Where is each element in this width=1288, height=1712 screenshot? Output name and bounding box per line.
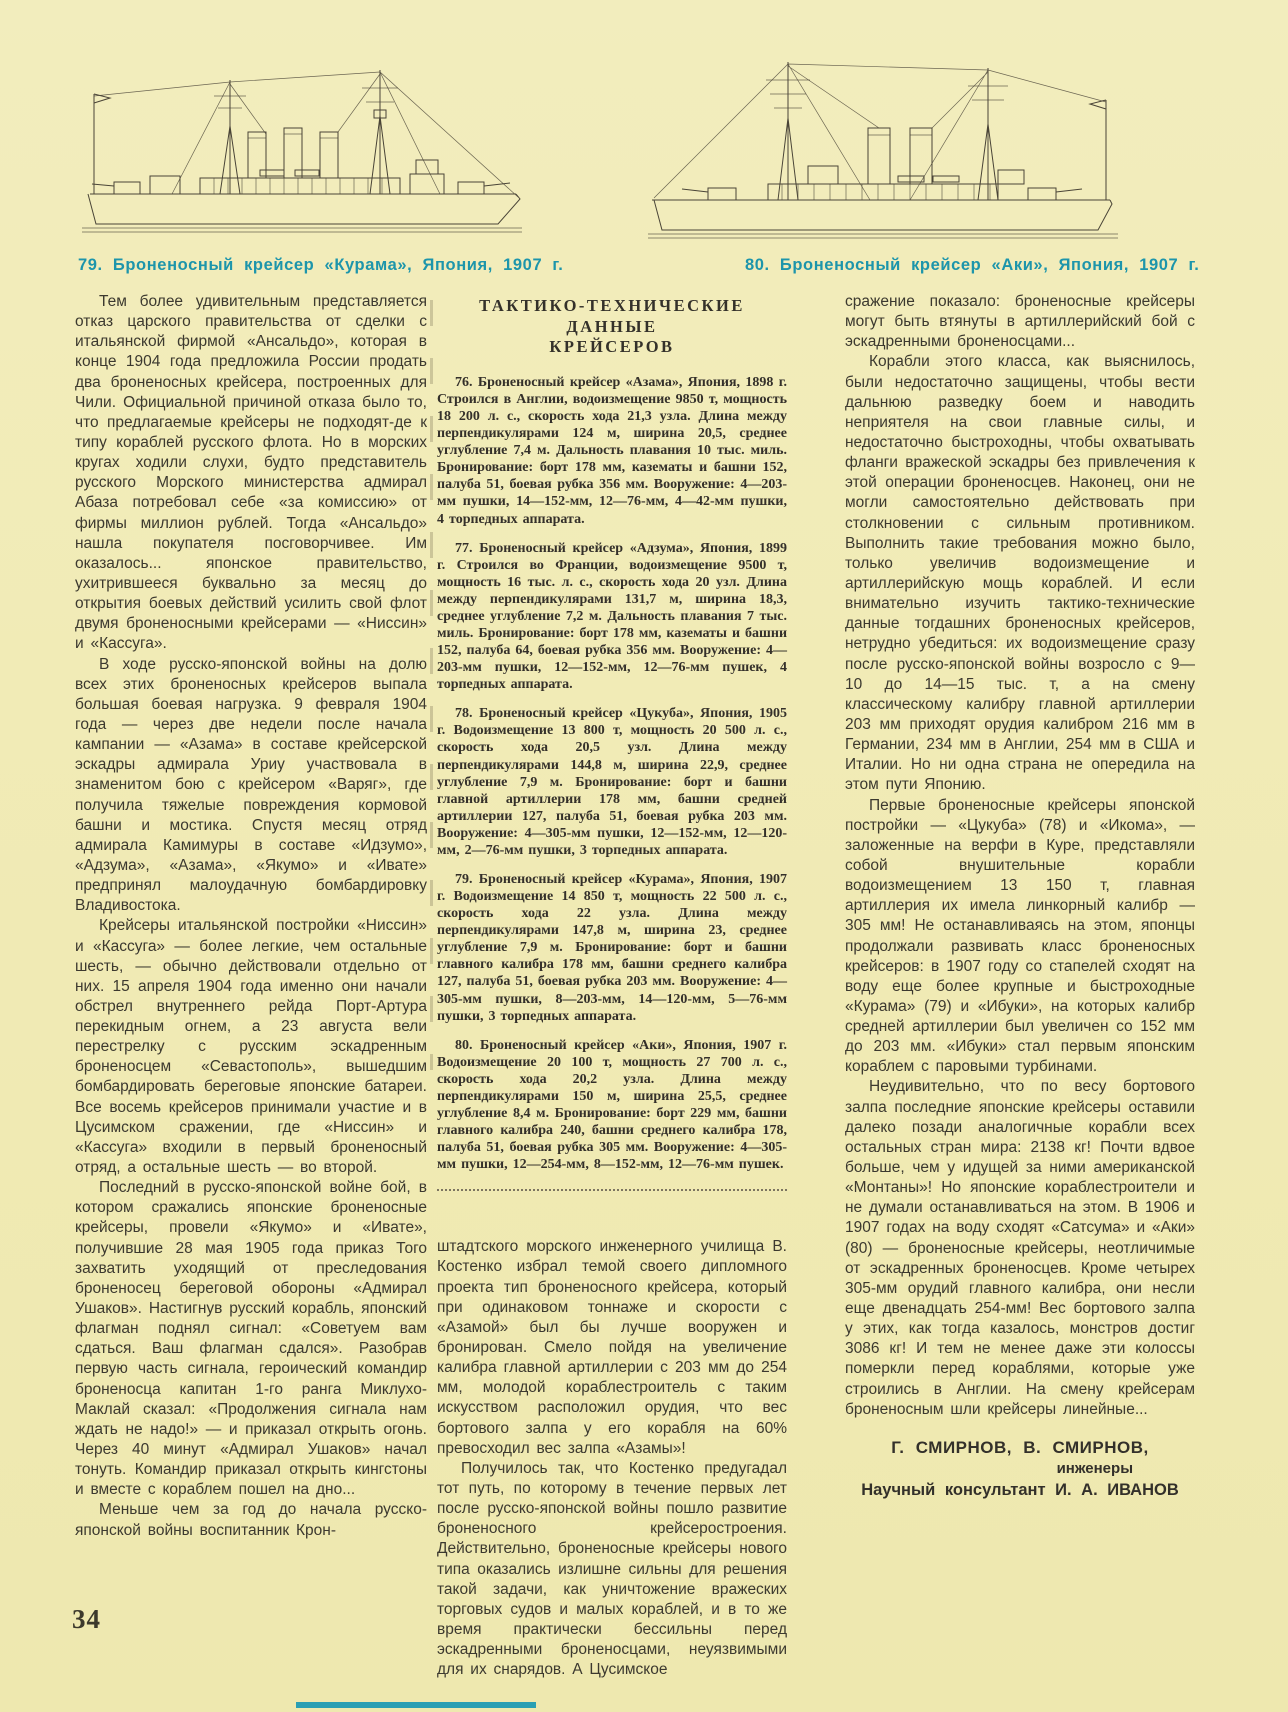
right-column: сражение показало: броненосные крейсеры …: [845, 292, 1195, 1500]
consultant-line: Научный консультант И. А. ИВАНОВ: [845, 1481, 1195, 1500]
figure-kurama: [80, 36, 526, 244]
body-paragraph: Получилось так, что Костенко предугадал …: [437, 1459, 787, 1681]
body-paragraph: Корабли этого класса, как выяснилось, бы…: [845, 352, 1195, 795]
middle-column: ТАКТИКО-ТЕХНИЧЕСКИЕ ДАННЫЕ КРЕЙСЕРОВ 76.…: [437, 296, 787, 1680]
figure-caption-80: 80. Броненосный крейсер «Аки», Япония, 1…: [745, 256, 1200, 275]
page-bottom-rule-fragment: [296, 1702, 536, 1708]
page-number: 34: [72, 1604, 101, 1635]
specs-header-line1: ТАКТИКО-ТЕХНИЧЕСКИЕ ДАННЫЕ: [479, 296, 745, 336]
author-names: Г. СМИРНОВ, В. СМИРНОВ,: [845, 1438, 1195, 1458]
spec-entry: 80. Броненосный крейсер «Аки», Япония, 1…: [437, 1037, 787, 1174]
specs-list: 76. Броненосный крейсер «Азама», Япония,…: [437, 374, 787, 1173]
middle-continuation: штадтского морского инженерного училища …: [437, 1237, 787, 1680]
body-paragraph: Неудивительно, что по весу бортового зал…: [845, 1077, 1195, 1419]
spec-entry: 76. Броненосный крейсер «Азама», Япония,…: [437, 374, 787, 528]
specs-header: ТАКТИКО-ТЕХНИЧЕСКИЕ ДАННЫЕ КРЕЙСЕРОВ: [437, 296, 787, 358]
figure-aki: [648, 40, 1122, 242]
body-paragraph: Первые броненосные крейсеры японской пос…: [845, 796, 1195, 1078]
body-paragraph: В ходе русско-японской войны на долю все…: [75, 655, 427, 917]
body-paragraph: сражение показало: броненосные крейсеры …: [845, 292, 1195, 352]
spec-entry: 78. Броненосный крейсер «Цукуба», Япония…: [437, 705, 787, 859]
body-paragraph: Последний в русско-японской войне бой, в…: [75, 1178, 427, 1500]
specs-header-line2: КРЕЙСЕРОВ: [549, 337, 674, 356]
ship-line-drawing-kurama: [80, 36, 526, 244]
body-paragraph: Меньше чем за год до начала русско-японс…: [75, 1500, 427, 1540]
body-paragraph: Крейсеры итальянской постройки «Ниссин» …: [75, 916, 427, 1178]
magazine-page: 79. Броненосный крейсер «Курама», Япония…: [0, 0, 1288, 1712]
author-title: инженеры: [845, 1460, 1195, 1477]
body-paragraph: Тем более удивительным представляется от…: [75, 292, 427, 655]
spec-entry: 77. Броненосный крейсер «Адзума», Япония…: [437, 540, 787, 694]
ship-line-drawing-aki: [648, 40, 1122, 242]
scan-artifact-line: [430, 300, 433, 1070]
spec-entry: 79. Броненосный крейсер «Курама», Япония…: [437, 871, 787, 1025]
left-column: Тем более удивительным представляется от…: [75, 292, 427, 1541]
section-divider: [437, 1189, 787, 1191]
right-column-text: сражение показало: броненосные крейсеры …: [845, 292, 1195, 1420]
authors-block: Г. СМИРНОВ, В. СМИРНОВ, инженеры Научный…: [845, 1438, 1195, 1500]
figure-caption-79: 79. Броненосный крейсер «Курама», Япония…: [78, 256, 563, 275]
body-paragraph: штадтского морского инженерного училища …: [437, 1237, 787, 1459]
